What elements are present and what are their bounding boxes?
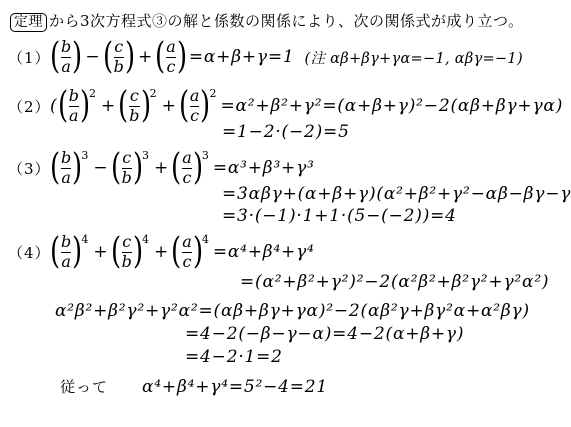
exponent: 2 <box>209 87 217 100</box>
open-paren: ( <box>179 88 189 124</box>
tail-line-3: =4−2·1=2 <box>185 347 571 367</box>
denominator: c <box>167 59 176 76</box>
numerator: a <box>190 88 200 105</box>
denominator: a <box>69 108 79 125</box>
open-paren: ( <box>103 39 113 75</box>
equation-3-step-1: =3αβγ+(α+β+γ)(α²+β²+γ²−αβ−βγ−γα) <box>222 184 571 204</box>
equation-3-step-2: =3·(−1)·1+1·(5−(−2))=4 <box>222 206 571 226</box>
operator-plus: + <box>101 96 115 116</box>
operator-plus: + <box>154 242 168 262</box>
denominator: c <box>183 170 192 187</box>
theorem-box-label: 定理 <box>10 13 47 32</box>
equation-2-label: （2） <box>8 96 50 117</box>
open-paren: ( <box>50 234 60 270</box>
equation-1-rhs: =α+β+γ=1 <box>189 47 295 67</box>
stray-paren: ( <box>50 96 57 116</box>
equation-4-step: =(α²+β²+γ²)²−2(α²β²+β²γ²+γ²α²) <box>240 272 571 292</box>
open-paren: ( <box>171 234 181 270</box>
operator-minus: − <box>85 47 99 67</box>
tail-line-1: α²β²+β²γ²+γ²α²=(αβ+βγ+γα)²−2(αβ²γ+βγ²α+α… <box>55 301 571 321</box>
open-paren: ( <box>111 234 121 270</box>
exponent: 2 <box>150 87 158 100</box>
open-paren: ( <box>118 88 128 124</box>
close-paren: ) <box>72 39 82 75</box>
open-paren: ( <box>171 150 181 186</box>
operator-plus: + <box>162 96 176 116</box>
numerator: c <box>130 88 139 105</box>
denominator: b <box>114 59 124 76</box>
equation-4: （4） (ba)4 + (cb)4 + (ac)4 =α⁴+β⁴+γ⁴ <box>8 229 571 275</box>
numerator: c <box>122 234 131 251</box>
denominator: b <box>129 108 139 125</box>
numerator: a <box>166 39 176 56</box>
open-paren: ( <box>58 88 68 124</box>
fraction-a-over-c-squared: (ac)2 <box>179 88 219 125</box>
exponent: 4 <box>142 233 150 246</box>
therefore-label: 従って <box>60 376 108 397</box>
final-result: α⁴+β⁴+γ⁴=5²−4=21 <box>142 377 328 397</box>
operator-plus: + <box>138 47 152 67</box>
exponent: 3 <box>202 149 210 162</box>
fraction-a-over-c: (ac) <box>155 39 187 76</box>
denominator: a <box>61 59 71 76</box>
denominator: b <box>122 254 132 271</box>
fraction-c-over-b-squared: (cb)2 <box>118 88 158 125</box>
equation-1-note: (注 αβ+βγ+γα=−1, αβγ=−1) <box>305 47 523 68</box>
exponent: 3 <box>81 149 89 162</box>
denominator: a <box>61 170 71 187</box>
fraction-c-over-b-fourth: (cb)4 <box>111 234 151 271</box>
document-page: 定理から3次方程式③の解と係数の関係により、次の関係式が成り立つ。 （1） (b… <box>0 0 571 397</box>
fraction-a-over-c-fourth: (ac)4 <box>171 234 211 271</box>
denominator: b <box>122 170 132 187</box>
denominator: c <box>190 108 199 125</box>
open-paren: ( <box>111 150 121 186</box>
fraction-a-over-c-cubed: (ac)3 <box>171 150 211 187</box>
close-paren: ) <box>125 39 135 75</box>
operator-plus: + <box>93 242 107 262</box>
theorem-text: から3次方程式③の解と係数の関係により、次の関係式が成り立つ。 <box>49 12 523 30</box>
equation-4-rhs: =α⁴+β⁴+γ⁴ <box>213 242 315 262</box>
tail-line-2: =4−2(−β−γ−α)=4−2(α+β+γ) <box>185 324 571 344</box>
numerator: c <box>114 39 123 56</box>
theorem-statement: 定理から3次方程式③の解と係数の関係により、次の関係式が成り立つ。 <box>10 10 571 31</box>
fraction-c-over-b: (cb) <box>103 39 135 76</box>
numerator: b <box>61 234 71 251</box>
open-paren: ( <box>50 39 60 75</box>
conclusion-line: 従って α⁴+β⁴+γ⁴=5²−4=21 <box>60 376 571 397</box>
denominator: c <box>183 254 192 271</box>
exponent: 3 <box>142 149 150 162</box>
open-paren: ( <box>155 39 165 75</box>
operator-minus: − <box>93 158 107 178</box>
equation-2-rhs: =α²+β²+γ²=(α+β+γ)²−2(αβ+βγ+γα) <box>220 96 563 116</box>
equation-4-label: （4） <box>8 242 50 263</box>
fraction-b-over-a-squared: (ba)2 <box>58 88 98 125</box>
numerator: a <box>182 150 192 167</box>
denominator: a <box>61 254 71 271</box>
exponent: 2 <box>89 87 97 100</box>
fraction-b-over-a-fourth: (ba)4 <box>50 234 90 271</box>
exponent: 4 <box>81 233 89 246</box>
numerator: c <box>122 150 131 167</box>
numerator: a <box>182 234 192 251</box>
fraction-b-over-a: (ba) <box>50 39 82 76</box>
numerator: b <box>61 39 71 56</box>
close-paren: ) <box>177 39 187 75</box>
operator-plus: + <box>154 158 168 178</box>
equation-3-label: （3） <box>8 158 50 179</box>
equation-1-label: （1） <box>8 47 50 68</box>
fraction-b-over-a-cubed: (ba)3 <box>50 150 90 187</box>
open-paren: ( <box>50 150 60 186</box>
equation-2-step: =1−2·(−2)=5 <box>222 122 571 142</box>
fraction-c-over-b-cubed: (cb)3 <box>111 150 151 187</box>
numerator: b <box>61 150 71 167</box>
exponent: 4 <box>202 233 210 246</box>
numerator: b <box>69 88 79 105</box>
equation-3-rhs: =α³+β³+γ³ <box>213 158 315 178</box>
equation-1: （1） (ba) − (cb) + (ac) =α+β+γ=1 (注 αβ+βγ… <box>8 34 571 80</box>
